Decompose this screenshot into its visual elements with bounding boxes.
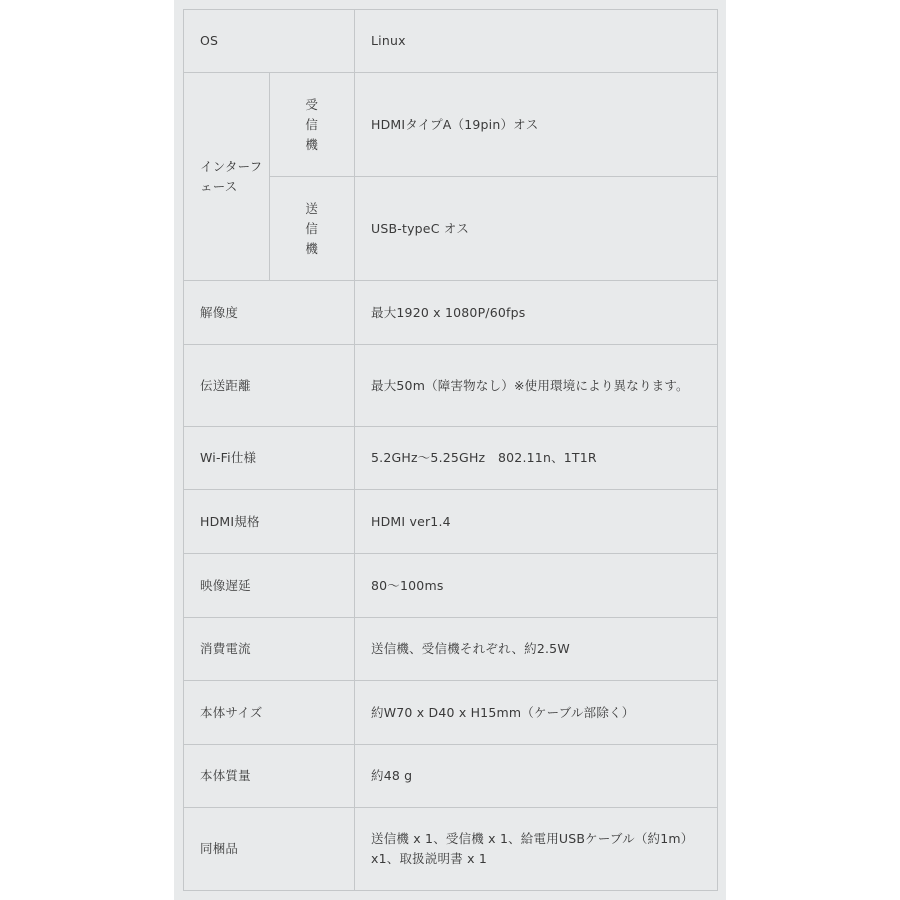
row-label: 解像度 [184, 281, 355, 345]
row-value: Linux [355, 10, 718, 73]
table-row-size: 本体サイズ 約W70 x D40 x H15mm（ケーブル部除く） [184, 681, 718, 745]
table-row-transmission-distance: 伝送距離 最大50m（障害物なし）※使用環境により異なります。 [184, 345, 718, 427]
table-row-interface-receiver: インターフェース 受信機 HDMIタイプA（19pin）オス [184, 73, 718, 177]
row-value: 最大50m（障害物なし）※使用環境により異なります。 [355, 345, 718, 427]
row-value: 約W70 x D40 x H15mm（ケーブル部除く） [355, 681, 718, 745]
table-row-resolution: 解像度 最大1920 x 1080P/60fps [184, 281, 718, 345]
table-row-power: 消費電流 送信機、受信機それぞれ、約2.5W [184, 618, 718, 681]
row-value: HDMIタイプA（19pin）オス [355, 73, 718, 177]
table-row-included-items: 同梱品 送信機 x 1、受信機 x 1、給電用USBケーブル（約1m） x1、取… [184, 808, 718, 891]
sub-label-cell: 受信機 [269, 73, 355, 177]
table-row-hdmi-standard: HDMI規格 HDMI ver1.4 [184, 490, 718, 554]
row-value: HDMI ver1.4 [355, 490, 718, 554]
spec-panel: OS Linux インターフェース 受信機 HDMIタイプA（19pin）オス … [174, 0, 726, 900]
spec-table: OS Linux インターフェース 受信機 HDMIタイプA（19pin）オス … [183, 9, 718, 891]
row-label: 本体質量 [184, 745, 355, 808]
table-row-wifi: Wi-Fi仕様 5.2GHz〜5.25GHz 802.11n、1T1R [184, 427, 718, 490]
row-value: 5.2GHz〜5.25GHz 802.11n、1T1R [355, 427, 718, 490]
row-label: 消費電流 [184, 618, 355, 681]
row-label: 本体サイズ [184, 681, 355, 745]
row-value: 80〜100ms [355, 554, 718, 618]
row-label: Wi-Fi仕様 [184, 427, 355, 490]
row-label: 伝送距離 [184, 345, 355, 427]
row-label: 映像遅延 [184, 554, 355, 618]
row-value: 最大1920 x 1080P/60fps [355, 281, 718, 345]
row-value: USB-typeC オス [355, 177, 718, 281]
row-label: HDMI規格 [184, 490, 355, 554]
sub-label: 送信機 [305, 199, 319, 259]
row-label: インターフェース [184, 73, 270, 281]
table-row-weight: 本体質量 約48 g [184, 745, 718, 808]
table-row-os: OS Linux [184, 10, 718, 73]
sub-label: 受信機 [305, 95, 319, 155]
row-label: 同梱品 [184, 808, 355, 891]
sub-label-cell: 送信機 [269, 177, 355, 281]
table-row-video-latency: 映像遅延 80〜100ms [184, 554, 718, 618]
row-value: 送信機 x 1、受信機 x 1、給電用USBケーブル（約1m） x1、取扱説明書… [355, 808, 718, 891]
row-value: 送信機、受信機それぞれ、約2.5W [355, 618, 718, 681]
row-value: 約48 g [355, 745, 718, 808]
row-label: OS [184, 10, 355, 73]
